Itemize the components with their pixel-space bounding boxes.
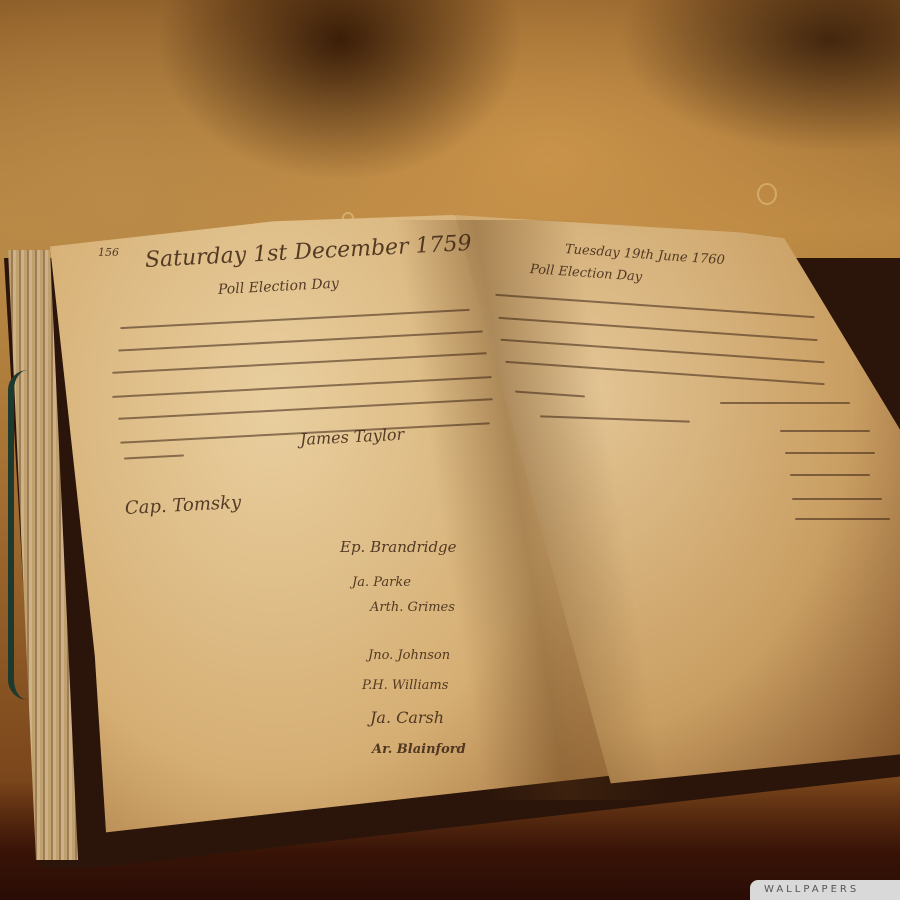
signature: Ar. Blainford (372, 742, 466, 757)
signature: Ep. Brandridge (340, 538, 457, 556)
signature: Ja. Carsh (370, 708, 444, 727)
signature: P.H. Williams (362, 678, 448, 693)
signature: Arth. Grimes (370, 600, 455, 615)
open-ledger-book: 156 Saturday 1st December 1759 Poll Elec… (0, 0, 900, 900)
signature: Ja. Parke (352, 575, 411, 590)
page-number: 156 (98, 246, 119, 259)
signature: Jno. Johnson (368, 648, 450, 663)
wallpaper-watermark: WALLPAPERS (750, 880, 900, 900)
cover-strap (8, 370, 42, 700)
photo-scene: 156 Saturday 1st December 1759 Poll Elec… (0, 0, 900, 900)
